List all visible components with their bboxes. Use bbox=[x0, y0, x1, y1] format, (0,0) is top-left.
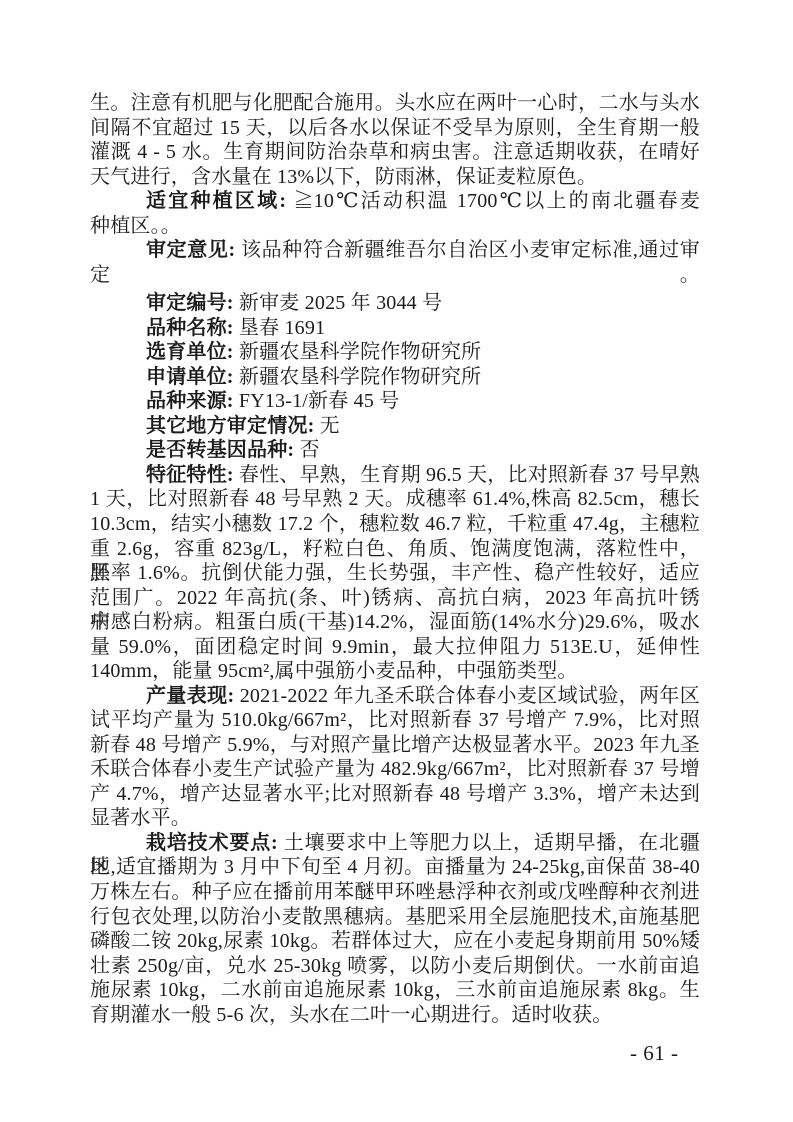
text-line: 品种名称: 垦春 1691 bbox=[90, 316, 700, 341]
text-line: 申请单位: 新疆农垦科学院作物研究所 bbox=[90, 365, 700, 390]
text-line: 区,适宜播期为 3 月中下旬至 4 月初。亩播量为 24-25kg,亩保苗 38… bbox=[90, 855, 700, 880]
field-label: 特征特性: bbox=[146, 464, 234, 486]
field-label: 其它地方审定情况: bbox=[146, 415, 314, 437]
text-line: 审定意见: 该品种符合新疆维吾尔自治区小麦审定标准,通过审定。 bbox=[90, 238, 700, 263]
text-line: 行包衣处理,以防治小麦散黑穗病。基肥采用全层施肥技术,亩施基肥 bbox=[90, 905, 700, 930]
text-line: 重 2.6g，容重 823g/L，籽粒白色、角质、饱满度饱满，落粒性中，黑 bbox=[90, 537, 700, 562]
text-line: 中感白粉病。粗蛋白质(干基)14.2%，湿面筋(14%水分)29.6%，吸水 bbox=[90, 610, 700, 635]
text-line: 选育单位: 新疆农垦科学院作物研究所 bbox=[90, 340, 700, 365]
field-label: 品种来源: bbox=[146, 390, 234, 412]
text-line: 产 4.7%，增产达显著水平;比对照新春 48 号增产 3.3%，增产未达到 bbox=[90, 782, 700, 807]
field-label: 适宜种植区域: bbox=[146, 190, 286, 212]
text-line: 是否转基因品种: 否 bbox=[90, 438, 700, 463]
text-line: 特征特性: 春性、早熟，生育期 96.5 天，比对照新春 37 号早熟 bbox=[90, 463, 700, 488]
text-line: 磷酸二铵 20kg,尿素 10kg。若群体过大，应在小麦起身期前用 50%矮 bbox=[90, 929, 700, 954]
text-line: 万株左右。种子应在播前用苯醚甲环唑悬浮种衣剂或戊唑醇种衣剂进 bbox=[90, 880, 700, 905]
text-line: 灌溉 4 - 5 水。生育期间防治杂草和病虫害。注意适期收获，在晴好 bbox=[90, 140, 700, 165]
field-label: 栽培技术要点: bbox=[146, 832, 278, 854]
text-line: 量 59.0%，面团稳定时间 9.9min，最大拉伸阻力 513E.U，延伸性 bbox=[90, 635, 700, 660]
text-line: 显著水平。 bbox=[90, 806, 700, 831]
text-line: 胚率 1.6%。抗倒伏能力强，生长势强，丰产性、稳产性较好，适应 bbox=[90, 561, 700, 586]
text-line: 施尿素 10kg，二水前亩追施尿素 10kg，三水前亩追施尿素 8kg。生 bbox=[90, 978, 700, 1003]
page-number: - 61 - bbox=[630, 1041, 679, 1066]
text-line: 10.3cm，结实小穗数 17.2 个，穗粒数 46.7 粒，千粒重 47.4g… bbox=[90, 512, 700, 537]
document-page: 生。注意有机肥与化肥配合施用。头水应在两叶一心时，二水与头水间隔不宜超过 15 … bbox=[0, 0, 793, 1122]
text-line: 生。注意有机肥与化肥配合施用。头水应在两叶一心时，二水与头水 bbox=[90, 91, 700, 116]
text-line: 试平均产量为 510.0kg/667m²，比对照新春 37 号增产 7.9%，比… bbox=[90, 708, 700, 733]
text-line: 产量表现: 2021-2022 年九圣禾联合体春小麦区域试验，两年区 bbox=[90, 684, 700, 709]
document-body: 生。注意有机肥与化肥配合施用。头水应在两叶一心时，二水与头水间隔不宜超过 15 … bbox=[90, 91, 700, 1027]
text-line: 品种来源: FY13-1/新春 45 号 bbox=[90, 389, 700, 414]
field-label: 品种名称: bbox=[146, 317, 234, 339]
text-line: 间隔不宜超过 15 天，以后各水以保证不受旱为原则，全生育期一般 bbox=[90, 116, 700, 141]
field-label: 审定编号: bbox=[146, 292, 234, 314]
text-line: 禾联合体春小麦生产试验产量为 482.9kg/667m²，比对照新春 37 号增 bbox=[90, 757, 700, 782]
text-line: 栽培技术要点: 土壤要求中上等肥力以上，适期早播，在北疆地 bbox=[90, 831, 700, 856]
text-line: 壮素 250g/亩，兑水 25-30kg 喷雾，以防小麦后期倒伏。一水前亩追 bbox=[90, 954, 700, 979]
text-line: 140mm，能量 95cm²,属中强筋小麦品种，中强筋类型。 bbox=[90, 659, 700, 684]
text-line: 其它地方审定情况: 无 bbox=[90, 414, 700, 439]
text-line: 育期灌水一般 5-6 次，头水在二叶一心期进行。适时收获。 bbox=[90, 1003, 700, 1028]
field-label: 审定意见: bbox=[146, 239, 235, 261]
field-label: 产量表现: bbox=[146, 685, 234, 707]
text-line: 适宜种植区域: ≧10℃活动积温 1700℃以上的南北疆春麦 bbox=[90, 189, 700, 214]
field-label: 是否转基因品种: bbox=[146, 439, 294, 461]
text-line: 天气进行，含水量在 13%以下，防雨淋，保证麦粒原色。 bbox=[90, 165, 700, 190]
text-line: 审定编号: 新审麦 2025 年 3044 号 bbox=[90, 291, 700, 316]
text-line: 种植区。。 bbox=[90, 214, 700, 239]
field-label: 选育单位: bbox=[146, 341, 234, 363]
text-line: 范围广。2022 年高抗(条、叶)锈病、高抗白病，2023 年高抗叶锈病、 bbox=[90, 586, 700, 611]
text-line: 1 天，比对照新春 48 号早熟 2 天。成穗率 61.4%,株高 82.5cm… bbox=[90, 487, 700, 512]
field-label: 申请单位: bbox=[146, 366, 234, 388]
text-line: 新春 48 号增产 5.9%，与对照产量比增产达极显著水平。2023 年九圣 bbox=[90, 733, 700, 758]
